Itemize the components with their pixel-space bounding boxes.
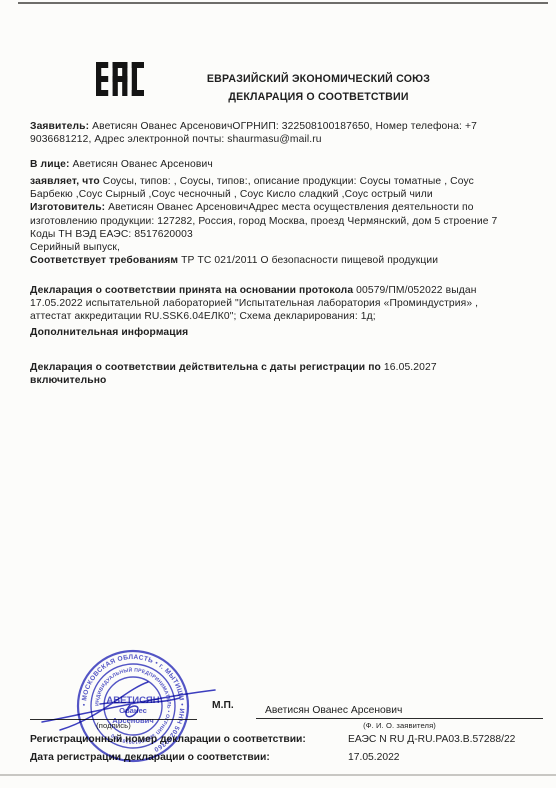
- document-line: заявляет, что Соусы, типов: , Соусы, тип…: [30, 175, 546, 188]
- document-line: изготовлению продукции: 127282, Россия, …: [30, 215, 546, 228]
- document-line: Изготовитель: Аветисян Ованес АрсеновичА…: [30, 201, 546, 214]
- paragraph: заявляет, что Соусы, типов: , Соусы, тип…: [30, 175, 546, 267]
- document-line: Дополнительная информация: [30, 326, 546, 339]
- applicant-name: Аветисян Ованес Арсенович: [265, 705, 402, 716]
- document-body: Заявитель: Аветисян Ованес АрсеновичОГРН…: [30, 120, 546, 388]
- document-line: В лице: Аветисян Ованес Арсенович: [30, 158, 546, 171]
- document-line: аттестат аккредитации RU.SSK6.04ЕЛК0"; С…: [30, 310, 546, 323]
- handwritten-signature: [30, 660, 220, 735]
- fio-line: [256, 718, 543, 719]
- paragraph: Декларация о соответствии принята на осн…: [30, 284, 546, 323]
- scan-top-edge: [18, 2, 548, 4]
- registration-number-value: ЕАЭС N RU Д-RU.РА03.В.57288/22: [348, 734, 515, 745]
- document-line: включительно: [30, 374, 546, 387]
- document-line: Коды ТН ВЭД ЕАЭС: 8517620003: [30, 228, 546, 241]
- document-line: Декларация о соответствии принята на осн…: [30, 284, 546, 297]
- paragraph: Заявитель: Аветисян Ованес АрсеновичОГРН…: [30, 120, 546, 146]
- document-line: 9036681212, Адрес электронной почты: sha…: [30, 133, 546, 146]
- paragraph: Декларация о соответствии действительна …: [30, 361, 546, 387]
- union-title: ЕВРАЗИЙСКИЙ ЭКОНОМИЧЕСКИЙ СОЮЗ: [95, 73, 542, 85]
- document-line: Заявитель: Аветисян Ованес АрсеновичОГРН…: [30, 120, 546, 133]
- document-line: Соответствует требованиям ТР ТС 021/2011…: [30, 254, 546, 267]
- document-title: ДЕКЛАРАЦИЯ О СООТВЕТСТВИИ: [95, 91, 542, 103]
- scan-bottom-edge: [0, 774, 556, 776]
- registration-date-value: 17.05.2022: [348, 752, 400, 763]
- paragraph: Дополнительная информация: [30, 326, 546, 339]
- fio-caption: (Ф. И. О. заявителя): [256, 721, 543, 730]
- document-line: Барбекю ,Соус Сырный ,Соус чесночный , С…: [30, 188, 546, 201]
- document-line: 17.05.2022 испытательной лабораторией "И…: [30, 297, 546, 310]
- paragraph: В лице: Аветисян Ованес Арсенович: [30, 158, 546, 171]
- declaration-document: ЕВРАЗИЙСКИЙ ЭКОНОМИЧЕСКИЙ СОЮЗ ДЕКЛАРАЦИ…: [0, 0, 556, 788]
- document-line: Серийный выпуск,: [30, 241, 546, 254]
- document-line: Декларация о соответствии действительна …: [30, 361, 546, 374]
